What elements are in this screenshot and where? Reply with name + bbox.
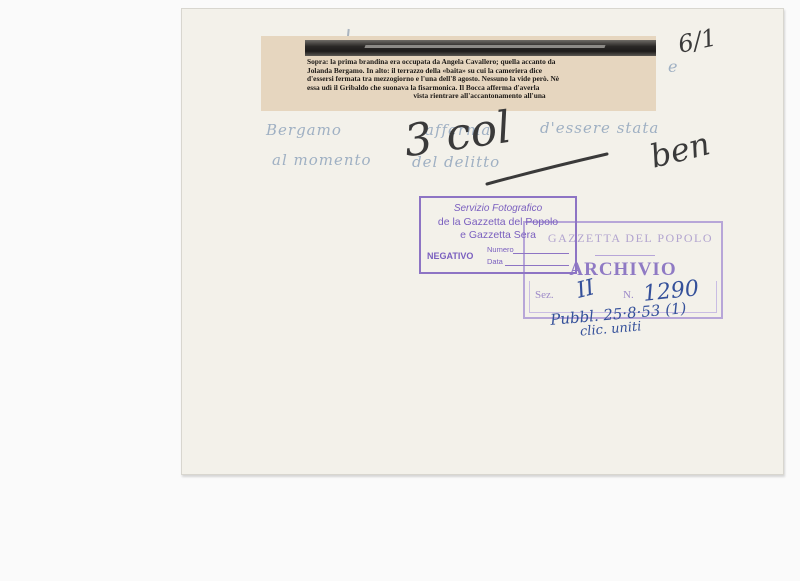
- clipping-caption: Sopra: la prima brandina era occupata da…: [307, 58, 652, 101]
- stamp-data-label: Data: [487, 257, 503, 266]
- photo-card-back: Sopra: la prima brandina era occupata da…: [181, 8, 784, 475]
- pencil-note-line1-right: d'essere stata: [540, 119, 659, 137]
- stamp-line-2: de la Gazzetta del Popolo: [421, 216, 575, 228]
- archivio-sez-label: Sez.: [535, 289, 554, 301]
- servizio-fotografico-stamp: Servizio Fotografico de la Gazzetta del …: [419, 196, 577, 274]
- pencil-note-line1-left: Bergamo: [266, 121, 342, 139]
- newspaper-clipping: Sopra: la prima brandina era occupata da…: [261, 36, 656, 111]
- ink-underline-stroke: [482, 149, 612, 189]
- archivio-stamp-rule: [595, 255, 655, 256]
- caption-line: vista rientrare all'accantonamento all'u…: [307, 92, 652, 101]
- stamp-line-3: e Gazzetta Sera: [421, 229, 575, 241]
- stamp-numero-line: [513, 253, 569, 254]
- stamp-line-1: Servizio Fotografico: [421, 203, 575, 214]
- clipping-photo-strip: [305, 40, 656, 56]
- archivio-n-label: N.: [623, 289, 634, 301]
- pencil-note-line2-left: al momento: [272, 151, 372, 169]
- stamp-numero-label: Numero: [487, 245, 514, 254]
- pencil-note-corner: e: [668, 57, 678, 76]
- ink-note-corner: 6/1: [676, 23, 720, 58]
- stamp-data-line: [505, 265, 569, 266]
- stamp-negativo-label: NEGATIVO: [427, 251, 473, 261]
